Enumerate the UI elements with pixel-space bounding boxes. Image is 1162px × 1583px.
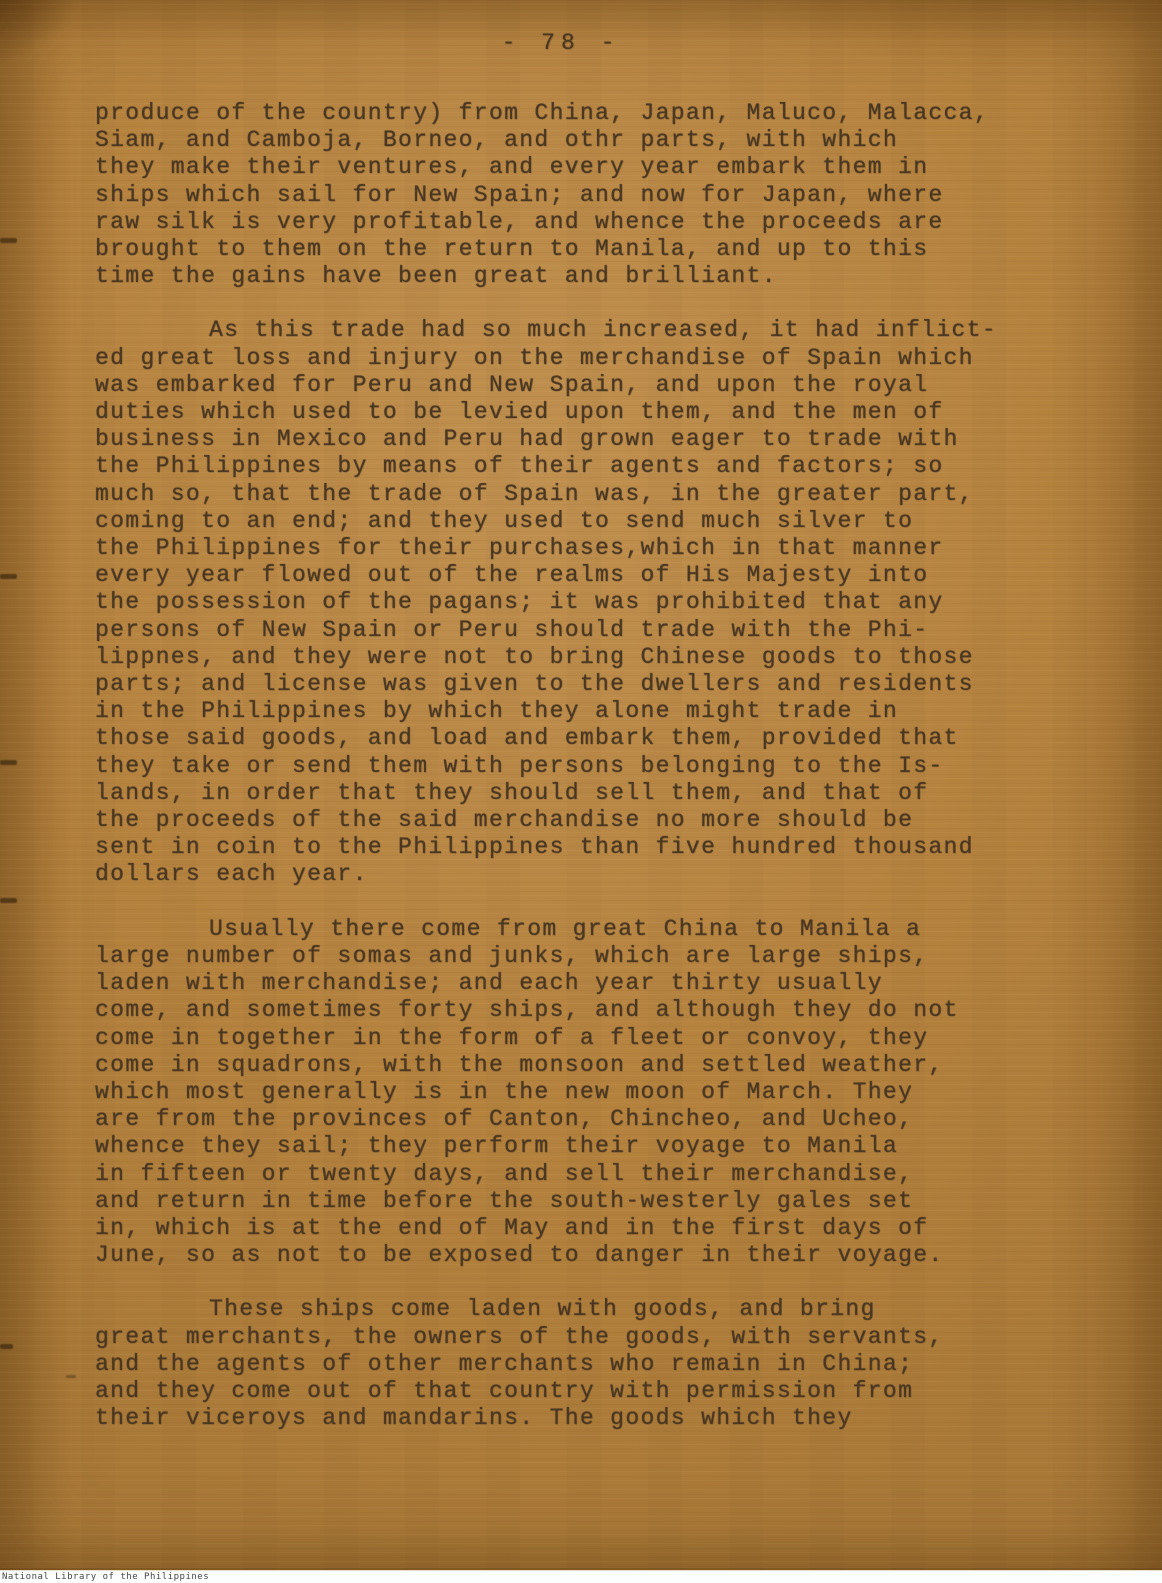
- text-block: produce of the country) from China, Japa…: [95, 100, 1040, 1459]
- typewritten-paragraph: These ships come laden with goods, and b…: [95, 1296, 1040, 1432]
- scan-edge-mark: [0, 898, 17, 903]
- scan-edge-mark: [66, 1375, 76, 1378]
- scanned-page: - 78 - produce of the country) from Chin…: [0, 0, 1162, 1583]
- paper-sheet: - 78 - produce of the country) from Chin…: [0, 0, 1162, 1571]
- scan-edge-mark: [0, 760, 17, 765]
- typewritten-paragraph: As this trade had so much increased, it …: [95, 317, 1040, 888]
- footer-strip: National Library of the Philippines: [0, 1570, 1162, 1583]
- scan-edge-mark: [0, 238, 17, 243]
- page-number: - 78 -: [96, 30, 1026, 56]
- scan-edge-mark: [0, 574, 17, 579]
- library-watermark-label: National Library of the Philippines: [0, 1571, 1162, 1583]
- typewritten-paragraph: Usually there come from great China to M…: [95, 916, 1040, 1270]
- typewritten-paragraph: produce of the country) from China, Japa…: [95, 100, 1040, 290]
- scan-edge-mark: [0, 1344, 13, 1349]
